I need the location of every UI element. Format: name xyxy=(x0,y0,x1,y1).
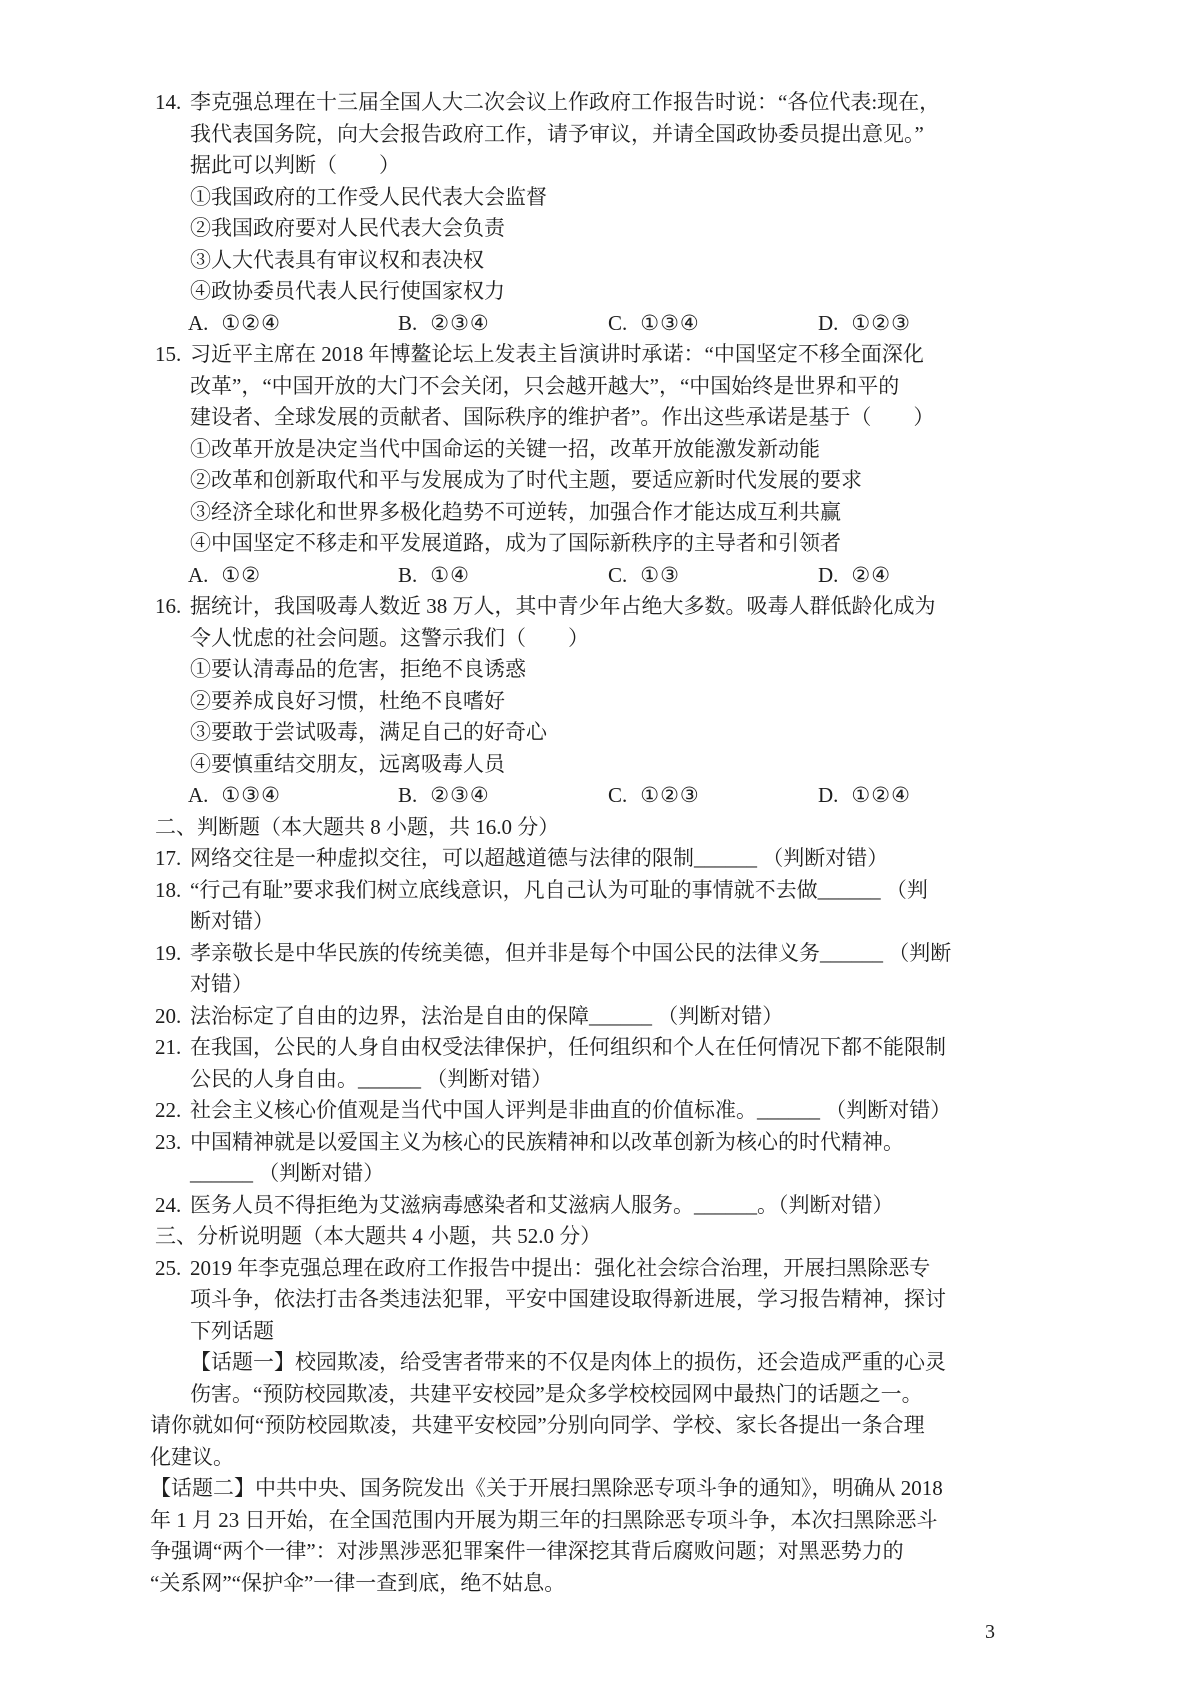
question-number: 14. xyxy=(155,87,190,119)
section-heading: 三、分析说明题（本大题共 4 小题，共 52.0 分） xyxy=(0,1221,1200,1253)
text-line: 建设者、全球发展的贡献者、国际秩序的维护者”。作出这些承诺是基于（ ） xyxy=(0,402,1200,434)
text-line: 21.在我国，公民的人身自由权受法律保护，任何组织和个人在任何情况下都不能限制 xyxy=(0,1032,1200,1064)
line-text: “行己有耻”要求我们树立底线意识，凡自己认为可耻的事情就不去做______ （判 xyxy=(190,878,928,902)
line-text: 法治标定了自由的边界，法治是自由的保障______ （判断对错） xyxy=(190,1004,783,1028)
option-choice: D.①②④ xyxy=(818,780,911,812)
text-line: 22.社会主义核心价值观是当代中国人评判是非曲直的价值标准。______ （判断… xyxy=(0,1095,1200,1127)
text-line: 请你就如何“预防校园欺凌，共建平安校园”分别向同学、学校、家长各提出一条合理 xyxy=(0,1410,1200,1442)
text-line: 18.“行己有耻”要求我们树立底线意识，凡自己认为可耻的事情就不去做______… xyxy=(0,875,1200,907)
option-value: ①②④ xyxy=(851,780,910,812)
text-line: 令人忧虑的社会问题。这警示我们（ ） xyxy=(0,623,1200,655)
text-line: 对错） xyxy=(0,969,1200,1001)
line-text: 李克强总理在十三届全国人大二次会议上作政府工作报告时说：“各位代表:现在， xyxy=(190,90,940,114)
option-choice: A.①② xyxy=(188,560,398,592)
line-text: 对错） xyxy=(190,972,253,996)
exam-page: 14.李克强总理在十三届全国人大二次会议上作政府工作报告时说：“各位代表:现在，… xyxy=(0,0,1200,1698)
line-text: 建设者、全球发展的贡献者、国际秩序的维护者”。作出这些承诺是基于（ ） xyxy=(190,405,934,429)
line-text: ②要养成良好习惯，杜绝不良嗜好 xyxy=(190,689,505,713)
text-line: 化建议。 xyxy=(0,1442,1200,1474)
line-text: 争强调“两个一律”：对涉黑涉恶犯罪案件一律深挖其背后腐败问题；对黑恶势力的 xyxy=(150,1539,904,1563)
question-number: 25. xyxy=(155,1253,190,1285)
option-value: ①② xyxy=(221,560,261,592)
option-label: B. xyxy=(398,780,417,812)
option-choice: C.①③ xyxy=(608,560,818,592)
question-number: 22. xyxy=(155,1095,190,1127)
line-text: 断对错） xyxy=(190,909,274,933)
text-line: 我代表国务院，向大会报告政府工作，请予审议，并请全国政协委员提出意见。” xyxy=(0,119,1200,151)
line-text: 二、判断题（本大题共 8 小题，共 16.0 分） xyxy=(155,815,559,839)
text-line: ④要慎重结交朋友，远离吸毒人员 xyxy=(0,749,1200,781)
line-text: 中国精神就是以爱国主义为核心的民族精神和以改革创新为核心的时代精神。 xyxy=(190,1130,904,1154)
text-line: 20.法治标定了自由的边界，法治是自由的保障______ （判断对错） xyxy=(0,1001,1200,1033)
text-line: ③人大代表具有审议权和表决权 xyxy=(0,245,1200,277)
text-line: ①我国政府的工作受人民代表大会监督 xyxy=(0,182,1200,214)
text-line: 16.据统计，我国吸毒人数近 38 万人，其中青少年占绝大多数。吸毒人群低龄化成… xyxy=(0,591,1200,623)
line-text: 习近平主席在 2018 年博鳌论坛上发表主旨演讲时承诺：“中国坚定不移全面深化 xyxy=(190,342,924,366)
line-text: 社会主义核心价值观是当代中国人评判是非曲直的价值标准。______ （判断对错） xyxy=(190,1098,951,1122)
option-label: B. xyxy=(398,560,417,592)
line-text: “关系网”“保护伞”一律一查到底，绝不姑息。 xyxy=(150,1571,565,1595)
line-text: 项斗争，依法打击各类违法犯罪，平安中国建设取得新进展，学习报告精神，探讨 xyxy=(190,1287,946,1311)
option-label: B. xyxy=(398,308,417,340)
option-label: A. xyxy=(188,780,208,812)
option-choice: B.②③④ xyxy=(398,780,608,812)
text-line: 断对错） xyxy=(0,906,1200,938)
line-text: 改革”，“中国开放的大门不会关闭，只会越开越大”，“中国始终是世界和平的 xyxy=(190,374,899,398)
text-line: ④政协委员代表人民行使国家权力 xyxy=(0,276,1200,308)
line-text: ③经济全球化和世界多极化趋势不可逆转，加强合作才能达成互利共赢 xyxy=(190,500,841,524)
line-text: 令人忧虑的社会问题。这警示我们（ ） xyxy=(190,626,589,650)
option-value: ①④ xyxy=(430,560,470,592)
line-text: ①我国政府的工作受人民代表大会监督 xyxy=(190,185,547,209)
text-line: ②改革和创新取代和平与发展成为了时代主题，要适应新时代发展的要求 xyxy=(0,465,1200,497)
options-row: A.①③④B.②③④C.①②③D.①②④ xyxy=(0,780,1200,812)
line-text: 化建议。 xyxy=(150,1445,234,1469)
text-line: ③要敢于尝试吸毒，满足自己的好奇心 xyxy=(0,717,1200,749)
text-line: 争强调“两个一律”：对涉黑涉恶犯罪案件一律深挖其背后腐败问题；对黑恶势力的 xyxy=(0,1536,1200,1568)
text-line: 伤害。“预防校园欺凌，共建平安校园”是众多学校校园网中最热门的话题之一。 xyxy=(0,1379,1200,1411)
option-value: ①③④ xyxy=(640,308,699,340)
text-line: ③经济全球化和世界多极化趋势不可逆转，加强合作才能达成互利共赢 xyxy=(0,497,1200,529)
text-line: 15.习近平主席在 2018 年博鳌论坛上发表主旨演讲时承诺：“中国坚定不移全面… xyxy=(0,339,1200,371)
line-text: 医务人员不得拒绝为艾滋病毒感染者和艾滋病人服务。______。（判断对错） xyxy=(190,1193,894,1217)
option-value: ①②③ xyxy=(640,780,699,812)
line-text: 在我国，公民的人身自由权受法律保护，任何组织和个人在任何情况下都不能限制 xyxy=(190,1035,946,1059)
line-text: 【话题二】中共中央、国务院发出《关于开展扫黑除恶专项斗争的通知》，明确从 201… xyxy=(150,1476,943,1500)
question-number: 24. xyxy=(155,1190,190,1222)
line-text: ②改革和创新取代和平与发展成为了时代主题，要适应新时代发展的要求 xyxy=(190,468,862,492)
line-text: 孝亲敬长是中华民族的传统美德，但并非是每个中国公民的法律义务______ （判断 xyxy=(190,941,951,965)
option-value: ①③ xyxy=(640,560,680,592)
text-line: 24.医务人员不得拒绝为艾滋病毒感染者和艾滋病人服务。______。（判断对错） xyxy=(0,1190,1200,1222)
option-value: ②④ xyxy=(851,560,891,592)
option-label: C. xyxy=(608,780,627,812)
option-choice: D.①②③ xyxy=(818,308,911,340)
line-text: ②我国政府要对人民代表大会负责 xyxy=(190,216,505,240)
line-text: ①改革开放是决定当代中国命运的关键一招，改革开放能激发新动能 xyxy=(190,437,820,461)
question-number: 23. xyxy=(155,1127,190,1159)
text-line: ______ （判断对错） xyxy=(0,1158,1200,1190)
question-number: 17. xyxy=(155,843,190,875)
line-text: ④政协委员代表人民行使国家权力 xyxy=(190,279,505,303)
line-text: 三、分析说明题（本大题共 4 小题，共 52.0 分） xyxy=(155,1224,601,1248)
text-line: 25.2019 年李克强总理在政府工作报告中提出：强化社会综合治理，开展扫黑除恶… xyxy=(0,1253,1200,1285)
section-heading: 二、判断题（本大题共 8 小题，共 16.0 分） xyxy=(0,812,1200,844)
question-number: 20. xyxy=(155,1001,190,1033)
text-line: 据此可以判断（ ） xyxy=(0,150,1200,182)
text-line: ②我国政府要对人民代表大会负责 xyxy=(0,213,1200,245)
option-label: A. xyxy=(188,560,208,592)
page-number: 3 xyxy=(985,1620,995,1644)
line-text: 请你就如何“预防校园欺凌，共建平安校园”分别向同学、学校、家长各提出一条合理 xyxy=(150,1413,925,1437)
option-label: D. xyxy=(818,780,838,812)
text-line: 年 1 月 23 日开始，在全国范围内开展为期三年的扫黑除恶专项斗争，本次扫黑除… xyxy=(0,1505,1200,1537)
option-choice: C.①②③ xyxy=(608,780,818,812)
question-number: 21. xyxy=(155,1032,190,1064)
text-line: 【话题二】中共中央、国务院发出《关于开展扫黑除恶专项斗争的通知》，明确从 201… xyxy=(0,1473,1200,1505)
option-choice: A.①③④ xyxy=(188,780,398,812)
line-text: 网络交往是一种虚拟交往，可以超越道德与法律的限制______ （判断对错） xyxy=(190,846,888,870)
option-value: ①③④ xyxy=(221,780,280,812)
option-value: ②③④ xyxy=(430,308,489,340)
text-line: 下列话题 xyxy=(0,1316,1200,1348)
option-value: ②③④ xyxy=(430,780,489,812)
option-label: A. xyxy=(188,308,208,340)
line-text: 下列话题 xyxy=(190,1319,274,1343)
line-text: ③人大代表具有审议权和表决权 xyxy=(190,248,484,272)
text-line: 项斗争，依法打击各类违法犯罪，平安中国建设取得新进展，学习报告精神，探讨 xyxy=(0,1284,1200,1316)
line-text: ______ （判断对错） xyxy=(190,1161,384,1185)
option-label: D. xyxy=(818,560,838,592)
text-line: 17.网络交往是一种虚拟交往，可以超越道德与法律的限制______ （判断对错） xyxy=(0,843,1200,875)
text-line: 14.李克强总理在十三届全国人大二次会议上作政府工作报告时说：“各位代表:现在， xyxy=(0,87,1200,119)
option-choice: A.①②④ xyxy=(188,308,398,340)
line-text: 公民的人身自由。______ （判断对错） xyxy=(190,1067,552,1091)
question-number: 18. xyxy=(155,875,190,907)
text-line: ①改革开放是决定当代中国命运的关键一招，改革开放能激发新动能 xyxy=(0,434,1200,466)
line-text: 伤害。“预防校园欺凌，共建平安校园”是众多学校校园网中最热门的话题之一。 xyxy=(190,1382,923,1406)
text-line: ①要认清毒品的危害，拒绝不良诱惑 xyxy=(0,654,1200,686)
question-number: 15. xyxy=(155,339,190,371)
line-text: ③要敢于尝试吸毒，满足自己的好奇心 xyxy=(190,720,547,744)
option-label: C. xyxy=(608,308,627,340)
text-line: 19.孝亲敬长是中华民族的传统美德，但并非是每个中国公民的法律义务______ … xyxy=(0,938,1200,970)
option-choice: D.②④ xyxy=(818,560,891,592)
option-choice: B.①④ xyxy=(398,560,608,592)
line-text: 我代表国务院，向大会报告政府工作，请予审议，并请全国政协委员提出意见。” xyxy=(190,122,924,146)
line-text: ④要慎重结交朋友，远离吸毒人员 xyxy=(190,752,505,776)
text-line: ②要养成良好习惯，杜绝不良嗜好 xyxy=(0,686,1200,718)
text-line: ④中国坚定不移走和平发展道路，成为了国际新秩序的主导者和引领者 xyxy=(0,528,1200,560)
option-choice: C.①③④ xyxy=(608,308,818,340)
options-row: A.①②④B.②③④C.①③④D.①②③ xyxy=(0,308,1200,340)
text-line: 23.中国精神就是以爱国主义为核心的民族精神和以改革创新为核心的时代精神。 xyxy=(0,1127,1200,1159)
text-line: “关系网”“保护伞”一律一查到底，绝不姑息。 xyxy=(0,1568,1200,1600)
option-label: D. xyxy=(818,308,838,340)
document-body: 14.李克强总理在十三届全国人大二次会议上作政府工作报告时说：“各位代表:现在，… xyxy=(0,87,1200,1599)
text-line: 改革”，“中国开放的大门不会关闭，只会越开越大”，“中国始终是世界和平的 xyxy=(0,371,1200,403)
option-label: C. xyxy=(608,560,627,592)
option-choice: B.②③④ xyxy=(398,308,608,340)
line-text: 年 1 月 23 日开始，在全国范围内开展为期三年的扫黑除恶专项斗争，本次扫黑除… xyxy=(150,1508,938,1532)
text-line: 【话题一】校园欺凌，给受害者带来的不仅是肉体上的损伤，还会造成严重的心灵 xyxy=(0,1347,1200,1379)
line-text: 据此可以判断（ ） xyxy=(190,153,400,177)
text-line: 公民的人身自由。______ （判断对错） xyxy=(0,1064,1200,1096)
option-value: ①②④ xyxy=(221,308,280,340)
line-text: 2019 年李克强总理在政府工作报告中提出：强化社会综合治理，开展扫黑除恶专 xyxy=(190,1256,930,1280)
line-text: ①要认清毒品的危害，拒绝不良诱惑 xyxy=(190,657,526,681)
question-number: 19. xyxy=(155,938,190,970)
line-text: 据统计，我国吸毒人数近 38 万人，其中青少年占绝大多数。吸毒人群低龄化成为 xyxy=(190,594,936,618)
line-text: ④中国坚定不移走和平发展道路，成为了国际新秩序的主导者和引领者 xyxy=(190,531,841,555)
option-value: ①②③ xyxy=(851,308,910,340)
question-number: 16. xyxy=(155,591,190,623)
options-row: A.①②B.①④C.①③D.②④ xyxy=(0,560,1200,592)
line-text: 【话题一】校园欺凌，给受害者带来的不仅是肉体上的损伤，还会造成严重的心灵 xyxy=(190,1350,946,1374)
